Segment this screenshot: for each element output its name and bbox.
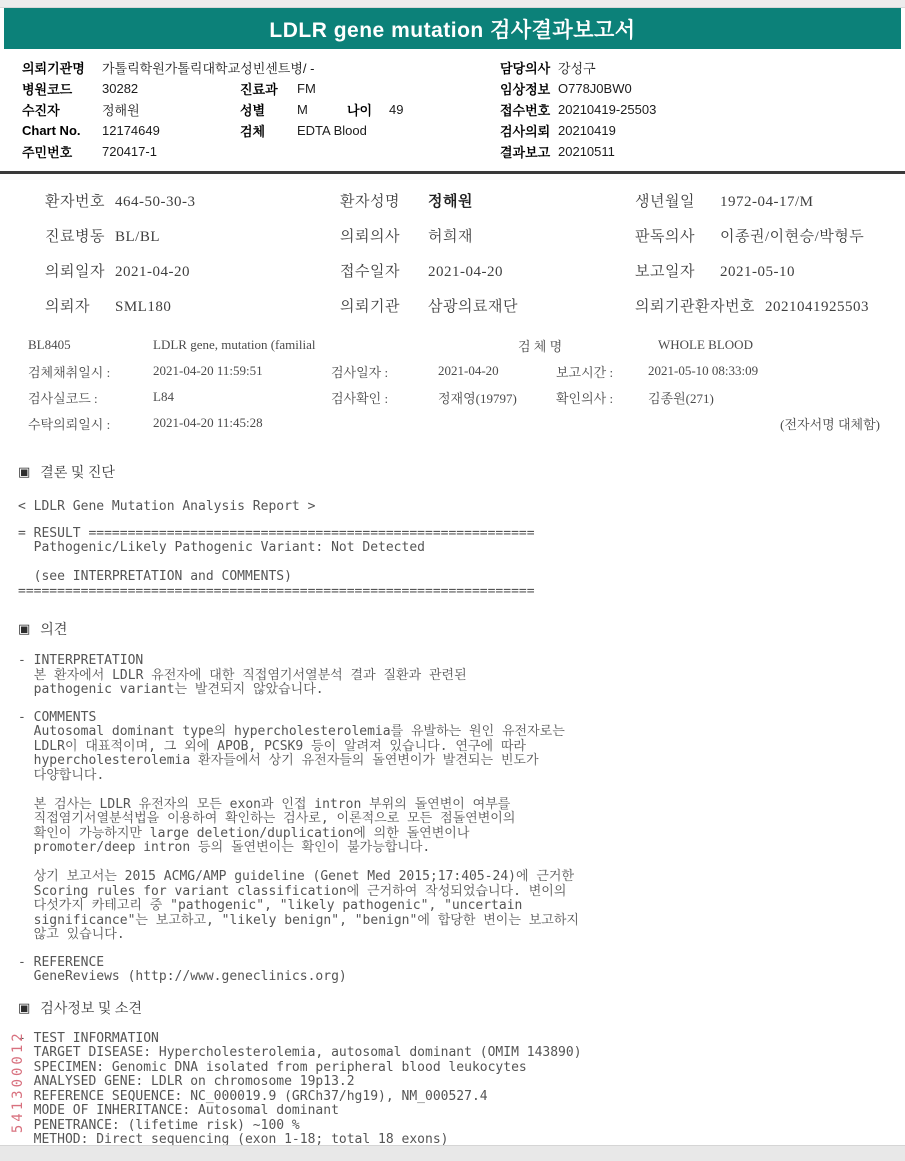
- esign-note: (전자서명 대체함): [780, 414, 880, 433]
- receipt-no-value: 20210419-25503: [558, 102, 656, 117]
- request-org-label: 의뢰기관: [340, 295, 428, 316]
- confirm-doctor-value: 김종원(271): [648, 388, 905, 407]
- detail-row-2: 진료병동 BL/BL 의뢰의사 허희재 판독의사 이종권/이현승/박형두: [0, 225, 905, 260]
- age-value: 49: [389, 102, 403, 117]
- patient-no-label: 환자번호: [45, 190, 115, 211]
- requesting-doctor-value: 허희재: [428, 225, 635, 246]
- detail-row-1: 환자번호 464-50-30-3 환자성명 정해원 생년월일 1972-04-1…: [0, 190, 905, 225]
- report-date-label: 결과보고: [500, 142, 558, 161]
- opinion-title-text: 의견: [40, 619, 67, 639]
- lab-code-label: 검사실코드 :: [28, 388, 153, 407]
- conclusion-section-title: ▣ 결론 및 진단: [0, 462, 905, 482]
- hospital-code-label: 병원코드: [22, 79, 102, 98]
- test-name: LDLR gene, mutation (familial: [153, 337, 518, 353]
- conclusion-title-text: 결론 및 진단: [40, 462, 115, 482]
- info-row-org: 의뢰기관명 가톨릭학원가톨릭대학교성빈센트병/ -: [22, 57, 500, 78]
- reading-doctor-value: 이종권/이현승/박형두: [720, 225, 905, 246]
- jumin-value: 720417-1: [102, 144, 157, 159]
- birth-label: 생년월일: [635, 190, 720, 211]
- side-accession-code: ⊢ 541300012: [10, 1030, 26, 1156]
- square-bullet-icon: ▣: [18, 1000, 30, 1016]
- test-information-block: - TEST INFORMATION TARGET DISEASE: Hyper…: [0, 1032, 905, 1148]
- page-title: LDLR gene mutation 검사결과보고서: [269, 14, 635, 44]
- jumin-label: 주민번호: [22, 142, 102, 161]
- reading-doctor-label: 판독의사: [635, 225, 720, 246]
- patient-detail-section: 환자번호 464-50-30-3 환자성명 정해원 생년월일 1972-04-1…: [0, 174, 905, 330]
- specimen-section: BL8405 LDLR gene, mutation (familial 검 체…: [0, 332, 905, 436]
- report-date2-label: 보고일자: [635, 260, 720, 281]
- info-row-chart-specimen: Chart No. 12174649 검체 EDTA Blood: [22, 120, 500, 141]
- receipt-no-label: 접수번호: [500, 100, 558, 119]
- info-row-report-date: 결과보고 20210511: [500, 141, 905, 162]
- dept-label: 진료과: [240, 79, 297, 98]
- requester-label: 의뢰자: [45, 295, 115, 316]
- report-time-label: 보고시간 :: [556, 362, 648, 381]
- patient-name-label: 환자성명: [340, 190, 428, 211]
- sex-label: 성별: [240, 100, 297, 119]
- org-label: 의뢰기관명: [22, 58, 102, 77]
- org-patient-no-value: 2021041925503: [765, 299, 871, 315]
- patient-name-value: 정해원: [428, 190, 635, 211]
- specimen-row-3: 검사실코드 : L84 검사확인 : 정재영(19797) 확인의사 : 김종원…: [28, 384, 905, 410]
- page-top-strip: [0, 0, 905, 8]
- patient-label: 수진자: [22, 100, 102, 119]
- collected-label: 검체채취일시 :: [28, 362, 153, 381]
- birth-value: 1972-04-17/M: [720, 194, 905, 211]
- info-row-hospcode-dept: 병원코드 30282 진료과 FM: [22, 78, 500, 99]
- test-info-title-text: 검사정보 및 소견: [40, 998, 142, 1018]
- chart-no-label: Chart No.: [22, 123, 102, 138]
- age-label: 나이: [347, 100, 389, 119]
- order-date-value: 20210419: [558, 123, 616, 138]
- report-title-bar: LDLR gene mutation 검사결과보고서: [4, 8, 901, 49]
- request-date-label: 의뢰일자: [45, 260, 115, 281]
- interpretation-block: - INTERPRETATION 본 환자에서 LDLR 유전자에 대한 직접염…: [0, 654, 905, 698]
- test-date-value: 2021-04-20: [438, 363, 556, 379]
- chart-no-value: 12174649: [102, 123, 240, 138]
- requester-value: SML180: [115, 299, 340, 316]
- comments-block: - COMMENTS Autosomal dominant type의 hype…: [0, 711, 905, 943]
- sex-value: M: [297, 102, 347, 117]
- verified-value: 정재영(19797): [438, 388, 556, 407]
- collected-value: 2021-04-20 11:59:51: [153, 363, 331, 379]
- specimen-name-label: 검 체 명: [518, 336, 658, 355]
- reference-block: - REFERENCE GeneReviews (http://www.gene…: [0, 956, 905, 985]
- patient-value: 정해원: [102, 100, 240, 119]
- ward-label: 진료병동: [45, 225, 115, 246]
- entrusted-value: 2021-04-20 11:45:28: [153, 415, 780, 431]
- lab-code-value: L84: [153, 389, 331, 405]
- org-patient-no-label: 의뢰기관환자번호: [635, 295, 765, 316]
- test-date-label: 검사일자 :: [331, 362, 438, 381]
- doctor-label: 담당의사: [500, 58, 558, 77]
- specimen-type-label: 검체: [240, 121, 297, 140]
- info-row-patient-sex-age: 수진자 정해원 성별 M 나이 49: [22, 99, 500, 120]
- verified-label: 검사확인 :: [331, 388, 438, 407]
- header-info-right: 담당의사 강성구 임상정보 O778J0BW0 접수번호 20210419-25…: [500, 57, 905, 162]
- specimen-row-2: 검체채취일시 : 2021-04-20 11:59:51 검사일자 : 2021…: [28, 358, 905, 384]
- info-row-order-date: 검사의뢰 20210419: [500, 120, 905, 141]
- header-info-section: 의뢰기관명 가톨릭학원가톨릭대학교성빈센트병/ - 병원코드 30282 진료과…: [0, 49, 905, 168]
- order-date-label: 검사의뢰: [500, 121, 558, 140]
- info-row-clinical: 임상정보 O778J0BW0: [500, 78, 905, 99]
- page-bottom-strip: [0, 1145, 905, 1161]
- receive-date-label: 접수일자: [340, 260, 428, 281]
- square-bullet-icon: ▣: [18, 464, 30, 480]
- specimen-type-value: EDTA Blood: [297, 123, 367, 138]
- request-org-value: 삼광의료재단: [428, 295, 635, 316]
- report-date2-value: 2021-05-10: [720, 264, 905, 281]
- dept-value: FM: [297, 81, 316, 96]
- square-bullet-icon: ▣: [18, 621, 30, 637]
- hospital-code-value: 30282: [102, 81, 240, 96]
- analysis-report-heading: < LDLR Gene Mutation Analysis Report >: [0, 500, 905, 515]
- patient-no-value: 464-50-30-3: [115, 194, 340, 211]
- report-date-value: 20210511: [558, 144, 615, 159]
- clinical-info-value: O778J0BW0: [558, 81, 632, 96]
- specimen-row-4: 수탁의뢰일시 : 2021-04-20 11:45:28 (전자서명 대체함): [28, 410, 905, 436]
- receive-date-value: 2021-04-20: [428, 264, 635, 281]
- specimen-name-value: WHOLE BLOOD: [658, 337, 905, 353]
- opinion-section-title: ▣ 의견: [0, 619, 905, 639]
- test-info-section-title: ▣ 검사정보 및 소견: [0, 998, 905, 1018]
- specimen-row-1: BL8405 LDLR gene, mutation (familial 검 체…: [28, 332, 905, 358]
- clinical-info-label: 임상정보: [500, 79, 558, 98]
- request-date-value: 2021-04-20: [115, 264, 340, 281]
- report-time-value: 2021-05-10 08:33:09: [648, 363, 905, 379]
- test-code: BL8405: [28, 337, 153, 353]
- info-row-receipt: 접수번호 20210419-25503: [500, 99, 905, 120]
- header-info-left: 의뢰기관명 가톨릭학원가톨릭대학교성빈센트병/ - 병원코드 30282 진료과…: [22, 57, 500, 162]
- detail-row-4: 의뢰자 SML180 의뢰기관 삼광의료재단 의뢰기관환자번호 20210419…: [0, 295, 905, 330]
- org-value: 가톨릭학원가톨릭대학교성빈센트병/ -: [102, 58, 314, 77]
- detail-row-3: 의뢰일자 2021-04-20 접수일자 2021-04-20 보고일자 202…: [0, 260, 905, 295]
- info-row-jumin: 주민번호 720417-1: [22, 141, 500, 162]
- requesting-doctor-label: 의뢰의사: [340, 225, 428, 246]
- ward-value: BL/BL: [115, 229, 340, 246]
- entrusted-label: 수탁의뢰일시 :: [28, 414, 153, 433]
- doctor-value: 강성구: [558, 58, 596, 77]
- info-row-doctor: 담당의사 강성구: [500, 57, 905, 78]
- confirm-doctor-label: 확인의사 :: [556, 388, 648, 407]
- result-block: = RESULT ===============================…: [0, 527, 905, 600]
